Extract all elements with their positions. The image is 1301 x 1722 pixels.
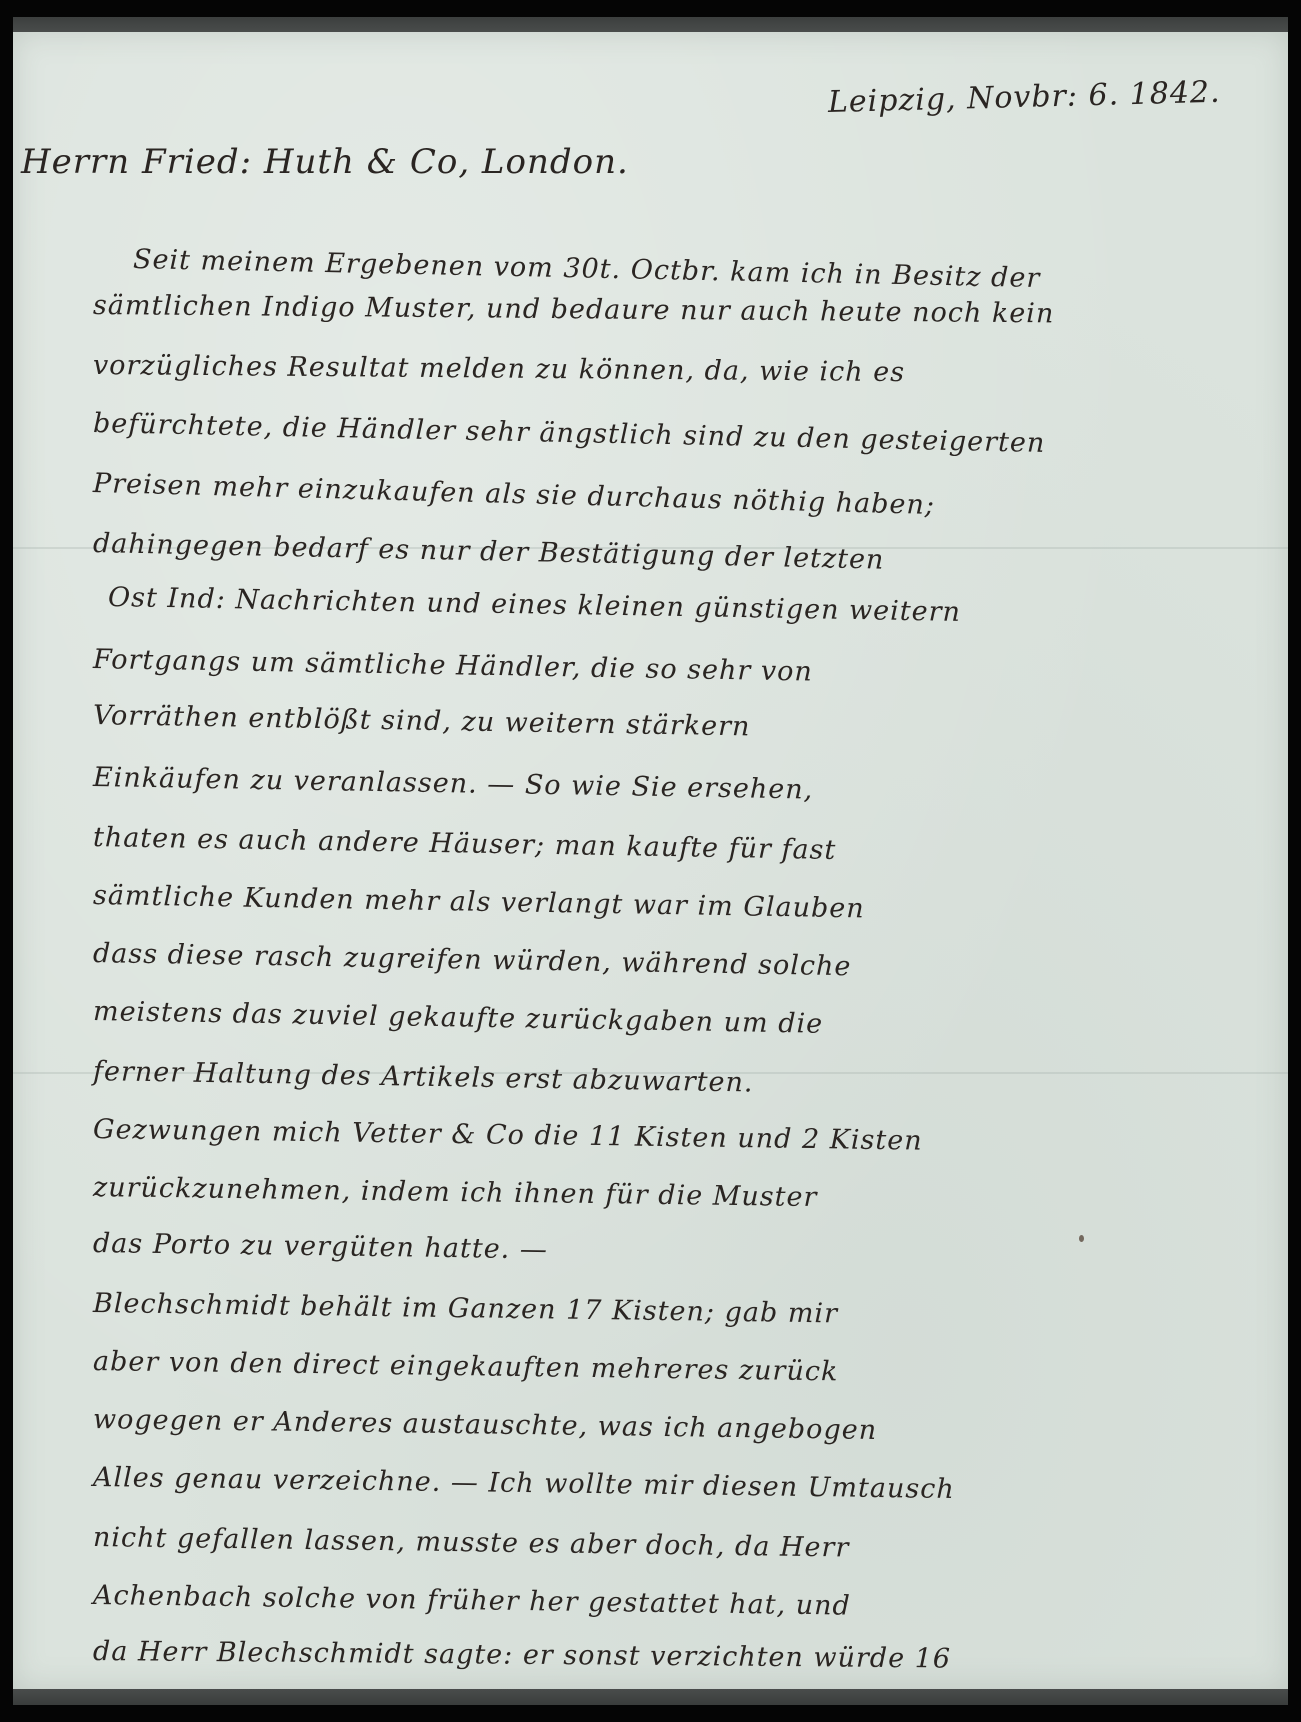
letter-line: Blechschmidt behält im Ganzen 17 Kisten;… [93, 1288, 838, 1329]
letter-line: meistens das zuviel gekaufte zurückgaben… [93, 996, 824, 1040]
scan-strip-top [13, 17, 1288, 33]
ink-blot [1079, 1235, 1084, 1242]
letter-line: da Herr Blechschmidt sagte: er sonst ver… [93, 1636, 951, 1674]
letter-line: Ost Ind: Nachrichten und eines kleinen g… [108, 582, 961, 628]
letter-line: zurückzunehmen, indem ich ihnen für die … [93, 1172, 818, 1213]
letter-line: Gezwungen mich Vetter & Co die 11 Kisten… [93, 1114, 923, 1157]
letter-line: nicht gefallen lassen, musste es aber do… [93, 1522, 850, 1564]
letter-line: Preisen mehr einzukaufen als sie durchau… [93, 468, 936, 521]
letter-line: Achenbach solche von früher her gestatte… [93, 1580, 851, 1622]
scan-strip-bottom [13, 1688, 1288, 1705]
letter-line: Einkäufen zu veranlassen. — So wie Sie e… [93, 762, 814, 806]
dateline: Leipzig, Novbr: 6. 1842. [828, 75, 1221, 120]
letter-line: vorzügliches Resultat melden zu können, … [93, 350, 905, 388]
letter-line: dahingegen bedarf es nur der Bestätigung… [93, 528, 885, 576]
letter-line: ferner Haltung des Artikels erst abzuwar… [93, 1056, 754, 1099]
letter-line: aber von den direct eingekauften mehrere… [93, 1346, 839, 1387]
letter-line: befürchtete, die Händler sehr ängstlich … [93, 408, 1046, 459]
letter-page: Leipzig, Novbr: 6. 1842. Herrn Fried: Hu… [13, 32, 1288, 1689]
letter-line: Alles genau verzeichne. — Ich wollte mir… [93, 1462, 955, 1505]
letter-line: das Porto zu vergüten hatte. — [93, 1228, 548, 1265]
salutation: Herrn Fried: Huth & Co, London. [21, 142, 629, 182]
letter-line: Vorräthen entblößt sind, zu weitern stär… [93, 700, 751, 742]
letter-line: dass diese rasch zugreifen würden, währe… [93, 938, 852, 982]
letter-line: thaten es auch andere Häuser; man kaufte… [93, 822, 837, 866]
letter-line: Fortgangs um sämtliche Händler, die so s… [93, 644, 813, 688]
letter-line: wogegen er Anderes austauschte, was ich … [93, 1404, 878, 1446]
letter-line: sämtlichen Indigo Muster, und bedaure nu… [93, 290, 1055, 329]
letter-line: sämtliche Kunden mehr als verlangt war i… [93, 880, 865, 924]
letter-line: Seit meinem Ergebenen vom 30t. Octbr. ka… [133, 244, 1041, 294]
